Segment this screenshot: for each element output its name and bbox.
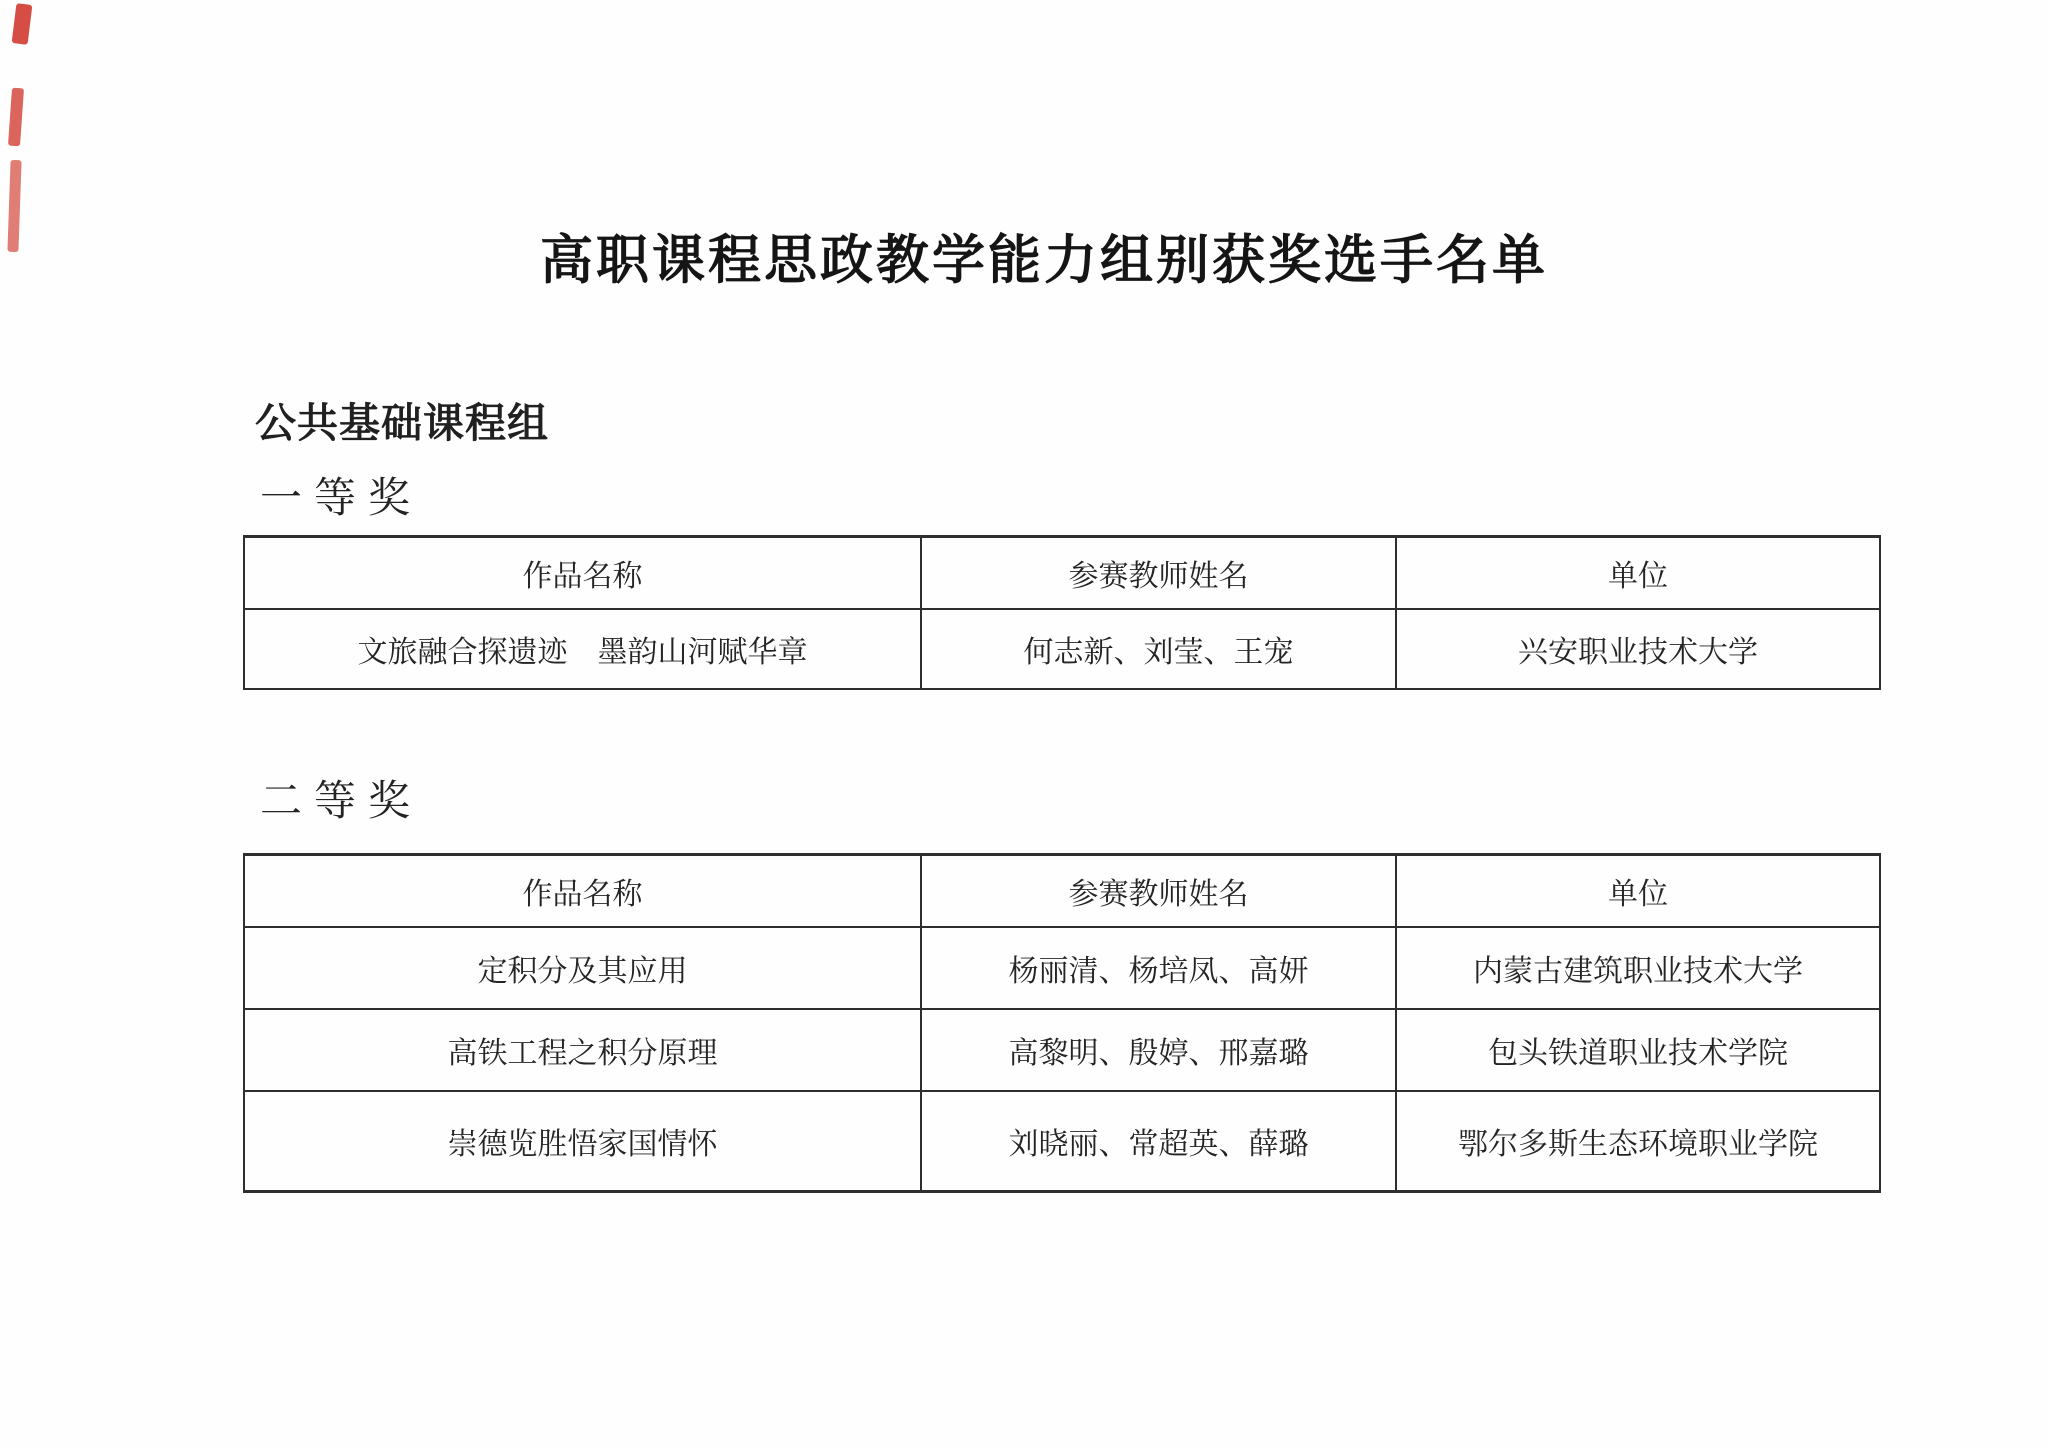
document-page: 高职课程思政教学能力组别获奖选手名单 公共基础课程组 一等奖 作品名称 参赛教师… xyxy=(0,0,2048,1448)
first-prize-table: 作品名称 参赛教师姓名 单位 文旅融合探遗迹 墨韵山河赋华章 何志新、刘莹、王宠… xyxy=(243,535,1881,690)
red-scan-mark-icon xyxy=(8,88,24,147)
unit-cell: 内蒙古建筑职业技术大学 xyxy=(1396,927,1880,1009)
table-header-row: 作品名称 参赛教师姓名 单位 xyxy=(244,537,1880,610)
teachers-cell: 何志新、刘莹、王宠 xyxy=(921,609,1396,689)
table-row: 崇德览胜悟家国情怀 刘晓丽、常超英、薛璐 鄂尔多斯生态环境职业学院 xyxy=(244,1091,1880,1192)
work-name-cell: 高铁工程之积分原理 xyxy=(244,1009,921,1091)
teachers-cell: 刘晓丽、常超英、薛璐 xyxy=(921,1091,1396,1192)
unit-cell: 兴安职业技术大学 xyxy=(1396,609,1880,689)
teachers-cell: 杨丽清、杨培凤、高妍 xyxy=(921,927,1396,1009)
work-name-cell: 文旅融合探遗迹 墨韵山河赋华章 xyxy=(244,609,921,689)
work-name-cell: 定积分及其应用 xyxy=(244,927,921,1009)
unit-cell: 鄂尔多斯生态环境职业学院 xyxy=(1396,1091,1880,1192)
table-row: 定积分及其应用 杨丽清、杨培凤、高妍 内蒙古建筑职业技术大学 xyxy=(244,927,1880,1009)
header-work-name: 作品名称 xyxy=(244,537,921,610)
header-work-name: 作品名称 xyxy=(244,855,921,928)
header-unit: 单位 xyxy=(1396,855,1880,928)
prize-label-first: 一等奖 xyxy=(260,465,422,525)
red-scan-mark-icon xyxy=(12,3,33,45)
group-heading: 公共基础课程组 xyxy=(255,390,549,449)
work-name-cell: 崇德览胜悟家国情怀 xyxy=(244,1091,921,1192)
header-teachers: 参赛教师姓名 xyxy=(921,855,1396,928)
prize-label-second: 二等奖 xyxy=(260,768,422,828)
header-teachers: 参赛教师姓名 xyxy=(921,537,1396,610)
table-row: 文旅融合探遗迹 墨韵山河赋华章 何志新、刘莹、王宠 兴安职业技术大学 xyxy=(244,609,1880,689)
page-title: 高职课程思政教学能力组别获奖选手名单 xyxy=(0,218,2048,294)
unit-cell: 包头铁道职业技术学院 xyxy=(1396,1009,1880,1091)
table-row: 高铁工程之积分原理 高黎明、殷婷、邢嘉璐 包头铁道职业技术学院 xyxy=(244,1009,1880,1091)
teachers-cell: 高黎明、殷婷、邢嘉璐 xyxy=(921,1009,1396,1091)
table-header-row: 作品名称 参赛教师姓名 单位 xyxy=(244,855,1880,928)
header-unit: 单位 xyxy=(1396,537,1880,610)
second-prize-table: 作品名称 参赛教师姓名 单位 定积分及其应用 杨丽清、杨培凤、高妍 内蒙古建筑职… xyxy=(243,853,1881,1193)
